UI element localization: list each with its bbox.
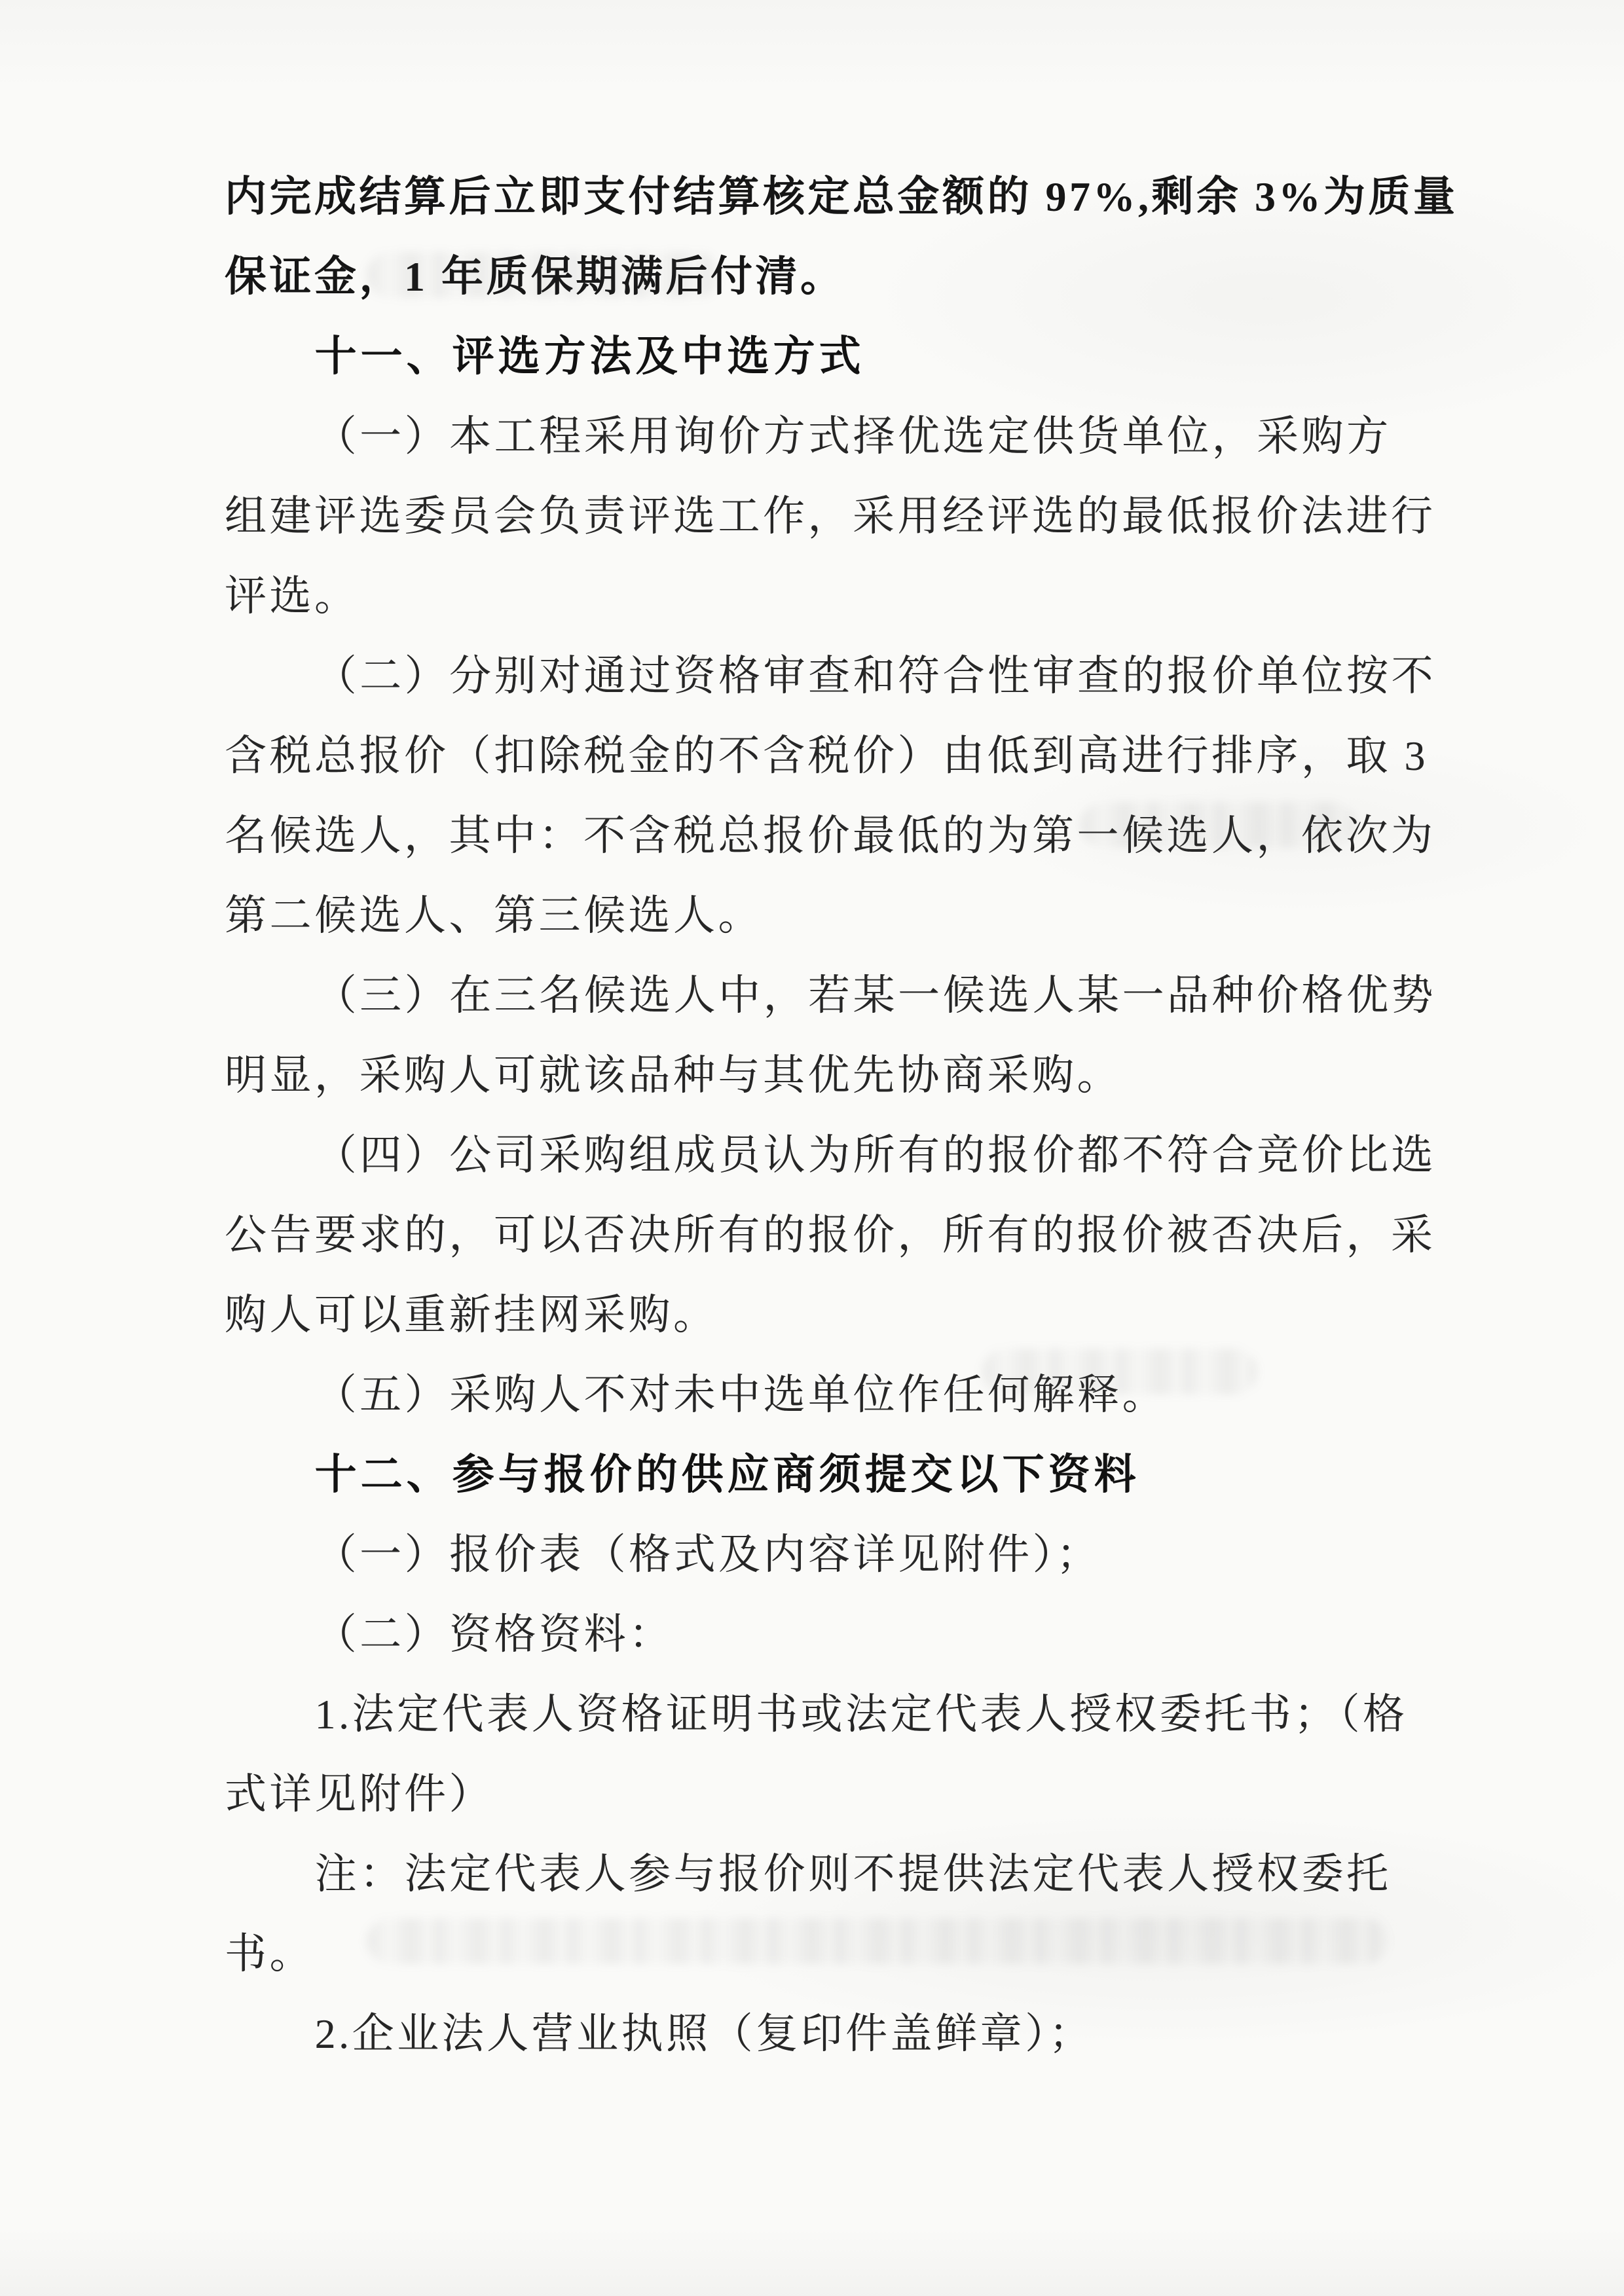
- text-line: 公告要求的，可以否决所有的报价，所有的报价被否决后，采: [225, 1195, 1405, 1275]
- text-line: （二）分别对通过资格审查和符合性审查的报价单位按不: [225, 636, 1405, 716]
- document-content: 内完成结算后立即支付结算核定总金额的 97%,剩余 3%为质量保证金，1 年质保…: [225, 157, 1405, 2074]
- text-line: 名候选人，其中：不含税总报价最低的为第一候选人，依次为: [225, 796, 1405, 876]
- section-heading: 十一、评选方法及中选方式: [225, 317, 1405, 397]
- text-line: （四）公司采购组成员认为所有的报价都不符合竞价比选: [225, 1116, 1405, 1195]
- text-line: （一）报价表（格式及内容详见附件）；: [225, 1515, 1405, 1595]
- text-line: 保证金，1 年质保期满后付清。: [225, 237, 1405, 317]
- text-line: 组建评选委员会负责评选工作，采用经评选的最低报价法进行: [225, 477, 1405, 556]
- text-line: 明显，采购人可就该品种与其优先协商采购。: [225, 1036, 1405, 1116]
- document-page: 内完成结算后立即支付结算核定总金额的 97%,剩余 3%为质量保证金，1 年质保…: [0, 0, 1624, 2296]
- section-heading: 十二、参与报价的供应商须提交以下资料: [225, 1435, 1405, 1515]
- text-line: 1.法定代表人资格证明书或法定代表人授权委托书；（格: [225, 1675, 1405, 1755]
- text-line: 第二候选人、第三候选人。: [225, 876, 1405, 956]
- text-line: 书。: [225, 1914, 1405, 1994]
- text-line: 含税总报价（扣除税金的不含税价）由低到高进行排序，取 3: [225, 716, 1405, 796]
- text-line: （五）采购人不对未中选单位作任何解释。: [225, 1355, 1405, 1435]
- text-line: 内完成结算后立即支付结算核定总金额的 97%,剩余 3%为质量: [225, 157, 1405, 237]
- text-line: 式详见附件）: [225, 1755, 1405, 1834]
- text-line: （二）资格资料：: [225, 1595, 1405, 1675]
- text-line: （一）本工程采用询价方式择优选定供货单位，采购方: [225, 397, 1405, 477]
- text-line: 购人可以重新挂网采购。: [225, 1275, 1405, 1355]
- text-line: 2.企业法人营业执照（复印件盖鲜章）；: [225, 1994, 1405, 2074]
- text-line: （三）在三名候选人中，若某一候选人某一品种价格优势: [225, 956, 1405, 1036]
- text-line: 评选。: [225, 556, 1405, 636]
- text-line: 注：法定代表人参与报价则不提供法定代表人授权委托: [225, 1834, 1405, 1914]
